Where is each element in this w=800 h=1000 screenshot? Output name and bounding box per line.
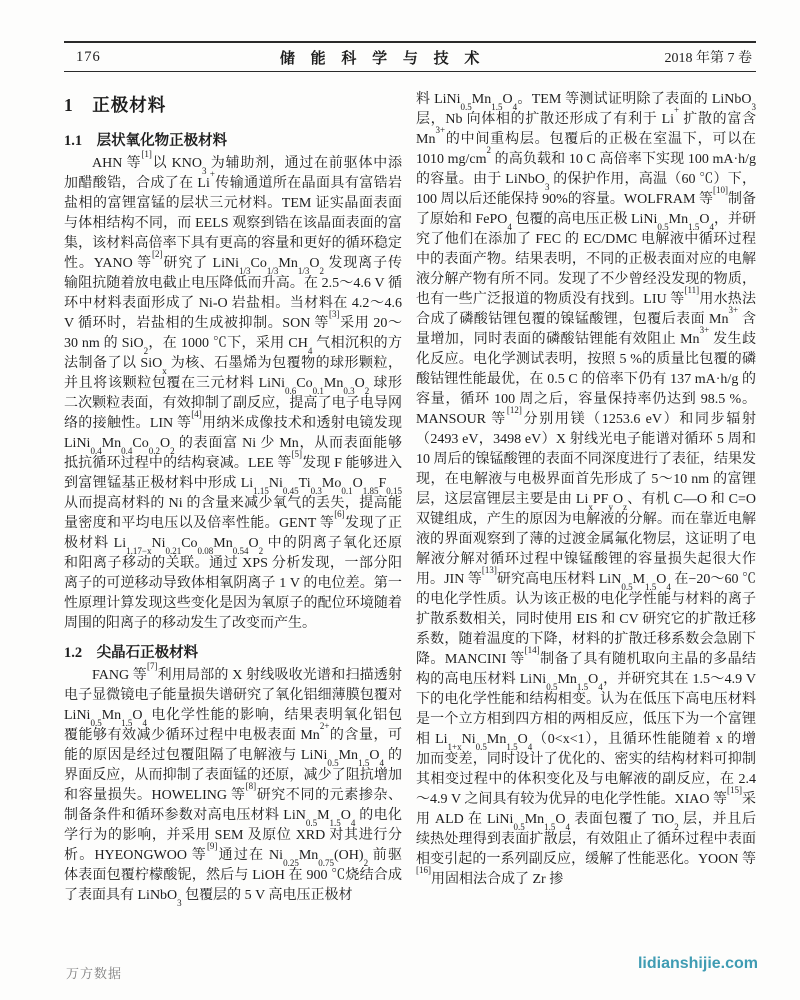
section-1-2-heading: 1.2 尖晶石正极材料 bbox=[64, 641, 402, 662]
issue-info: 2018 年第 7 卷 bbox=[664, 47, 756, 67]
section-1-1-heading: 1.1 层状氧化物正极材料 bbox=[64, 129, 402, 150]
page-number: 176 bbox=[64, 49, 101, 66]
left-column: 1 正极材料 1.1 层状氧化物正极材料 AHN 等[1]以 KNO3 为辅助剂… bbox=[64, 90, 402, 906]
lidianshijie-watermark: lidianshijie.com bbox=[638, 955, 758, 973]
page-header: 176 储 能 科 学 与 技 术 2018 年第 7 卷 bbox=[64, 41, 756, 72]
wanfang-watermark: 万方数据 bbox=[66, 963, 122, 982]
journal-title: 储 能 科 学 与 技 术 bbox=[280, 47, 486, 68]
paragraph-layered-oxides: AHN 等[1]以 KNO3 为辅助剂，通过在前驱体中添加醋酸锆，合成了在 Li… bbox=[64, 154, 402, 634]
right-column: 料 LiNi0.5Mn1.5O4。TEM 等测试证明除了表面的 LiNbO3 层… bbox=[416, 90, 756, 906]
journal-page: 176 储 能 科 学 与 技 术 2018 年第 7 卷 1 正极材料 1.1… bbox=[0, 0, 800, 1000]
paragraph-spinel-right: 料 LiNi0.5Mn1.5O4。TEM 等测试证明除了表面的 LiNbO3 层… bbox=[416, 90, 756, 890]
text-columns: 1 正极材料 1.1 层状氧化物正极材料 AHN 等[1]以 KNO3 为辅助剂… bbox=[64, 90, 756, 906]
paragraph-spinel-left: FANG 等[7]利用局部的 X 射线吸收光谱和扫描透射电子显微镜电子能量损失谱… bbox=[64, 666, 402, 906]
section-1-heading: 1 正极材料 bbox=[64, 92, 402, 117]
